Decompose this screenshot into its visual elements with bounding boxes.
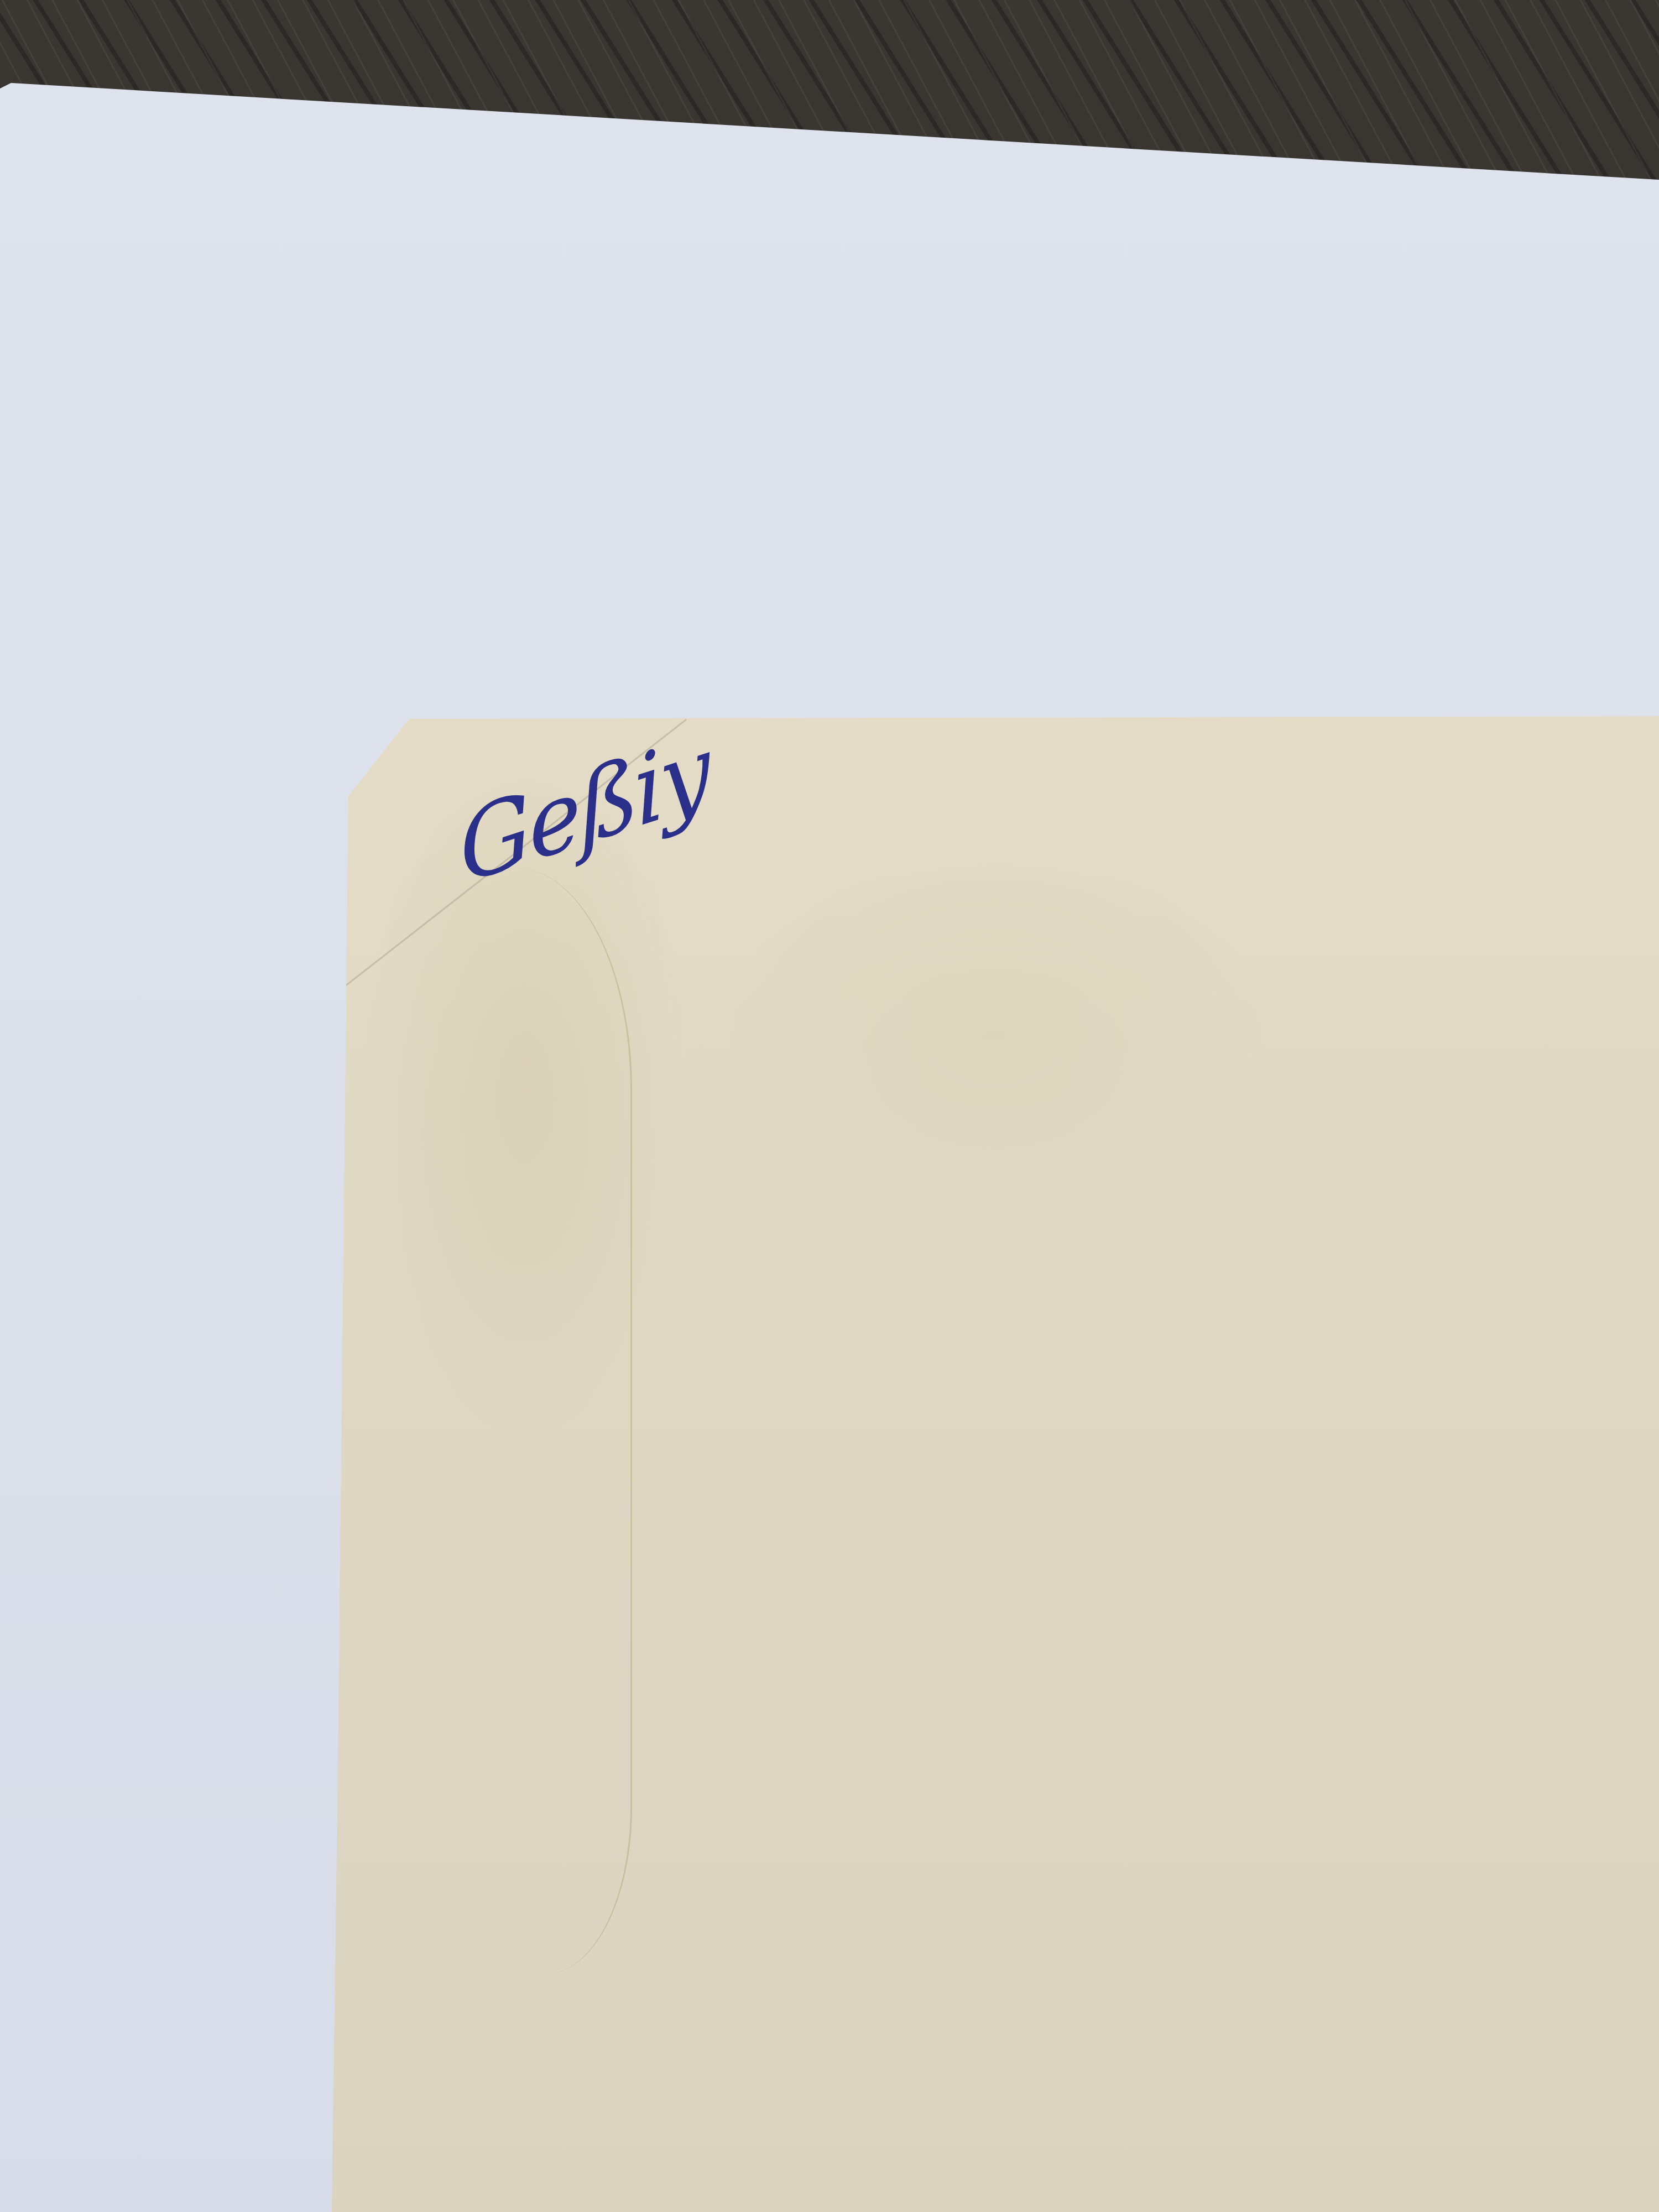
water-stain — [343, 868, 632, 1974]
aged-document-page — [332, 702, 1659, 2212]
